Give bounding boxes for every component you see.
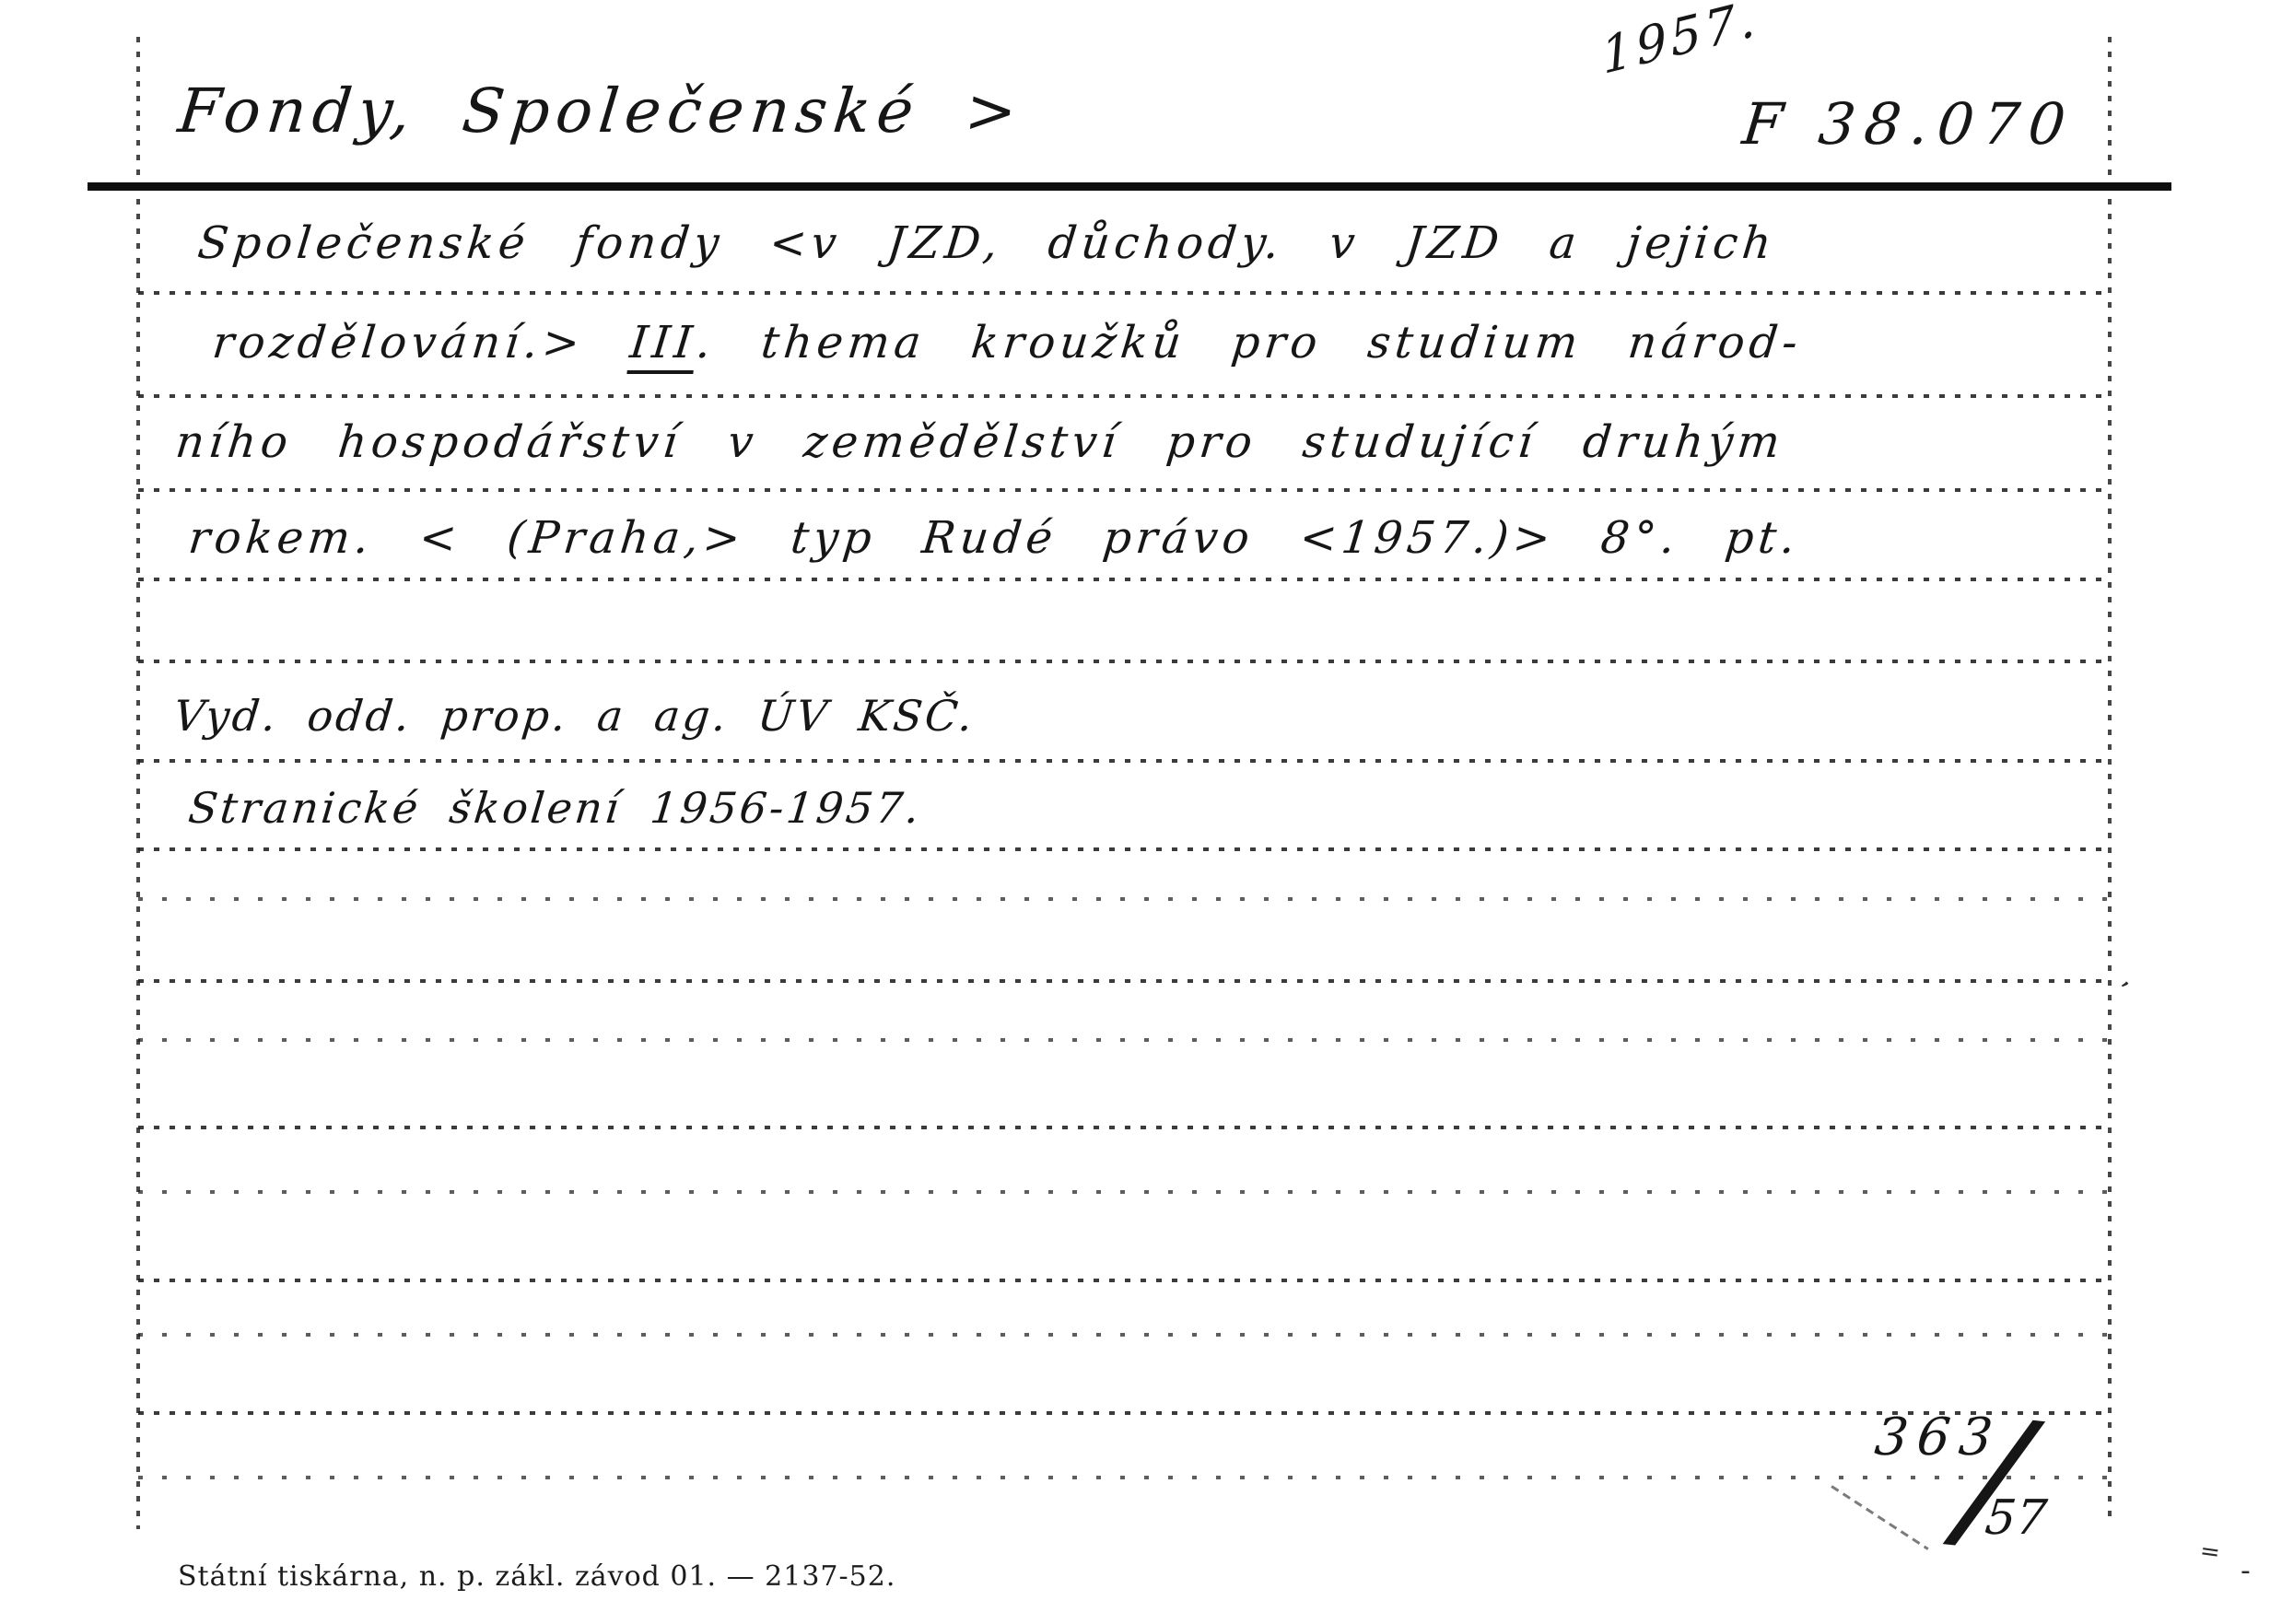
printer-imprint: Státní tiskárna, n. p. zákl. závod 01. —… [178, 1560, 895, 1593]
left-margin-dotted-line [136, 37, 140, 1529]
header-rule [88, 182, 2171, 191]
ruled-line [138, 394, 2110, 398]
roman-numeral: III [627, 317, 699, 374]
body-line-2: rozdělování.> III. thema kroužků pro stu… [210, 317, 1805, 368]
accession-denominator: 57 [1983, 1490, 2049, 1546]
ruled-line [138, 1279, 2110, 1282]
body-line-2-post: . thema kroužků pro studium národ- [694, 317, 1805, 368]
year-notation: 1957. [1598, 0, 1761, 86]
publisher-line: Vyd. odd. prop. a ag. ÚV KSČ. [171, 691, 977, 741]
body-line-1: Společenské fondy <v JZD, důchody. v JZD… [195, 217, 1778, 269]
ruled-line [138, 1333, 2110, 1337]
catalog-card: Fondy, Společenské > 1957. F 38.070 Spol… [0, 0, 2270, 1624]
ruled-line [138, 897, 2110, 901]
call-number: F 38.070 [1739, 90, 2077, 158]
ruled-line [138, 291, 2110, 295]
body-line-3: ního hospodářství v zemědělství pro stud… [173, 416, 1787, 468]
ruled-line [138, 1190, 2110, 1194]
body-line-2-pre: rozdělování.> [210, 317, 633, 368]
ruled-line [138, 1038, 2110, 1042]
ruled-line [138, 1411, 2110, 1415]
pencil-stroke [1831, 1485, 1928, 1550]
ruled-line [138, 578, 2110, 581]
ruled-line [138, 488, 2110, 492]
ruled-line [138, 1476, 2110, 1479]
series-line: Stranické školení 1956-1957. [186, 783, 924, 833]
card-heading: Fondy, Společenské > [175, 76, 1026, 146]
right-margin-dotted-line [2108, 37, 2112, 1525]
stray-mark-dash: - [2241, 1555, 2251, 1587]
ruled-line [138, 660, 2110, 663]
ruled-line [138, 847, 2110, 851]
ruled-line [138, 979, 2110, 983]
ruled-line [138, 1126, 2110, 1129]
body-line-4: rokem. < (Praha,> typ Rudé právo <1957.)… [186, 512, 1802, 564]
stray-mark-equals: = [2198, 1537, 2222, 1568]
ruled-line [138, 759, 2110, 763]
